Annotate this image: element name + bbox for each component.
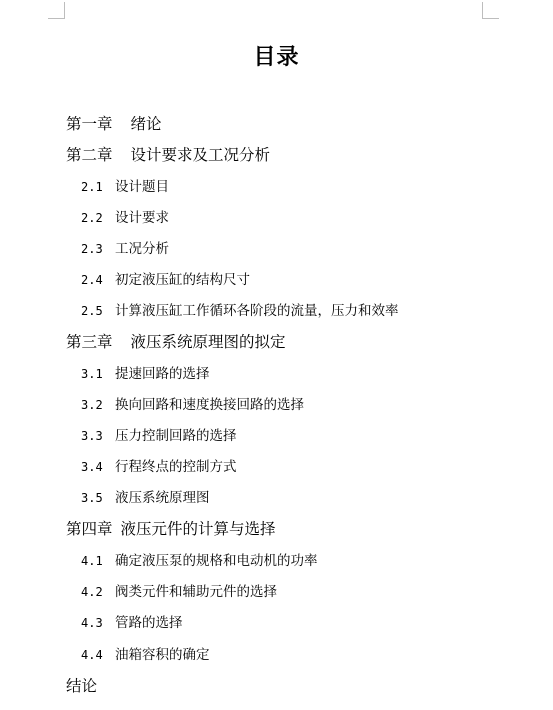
margin-corner-top-right [482, 2, 499, 19]
section-number: 2.2 [81, 211, 115, 225]
section-number: 3.2 [81, 398, 115, 412]
entry-title: 结论 [66, 677, 97, 695]
section-number: 4.2 [81, 585, 115, 599]
toc-section-entry[interactable]: 4.2阀类元件和辅助元件的选择 [81, 580, 277, 600]
entry-title: 绪论 [131, 115, 162, 133]
section-number: 3.5 [81, 491, 115, 505]
margin-corner-top-left [48, 2, 65, 19]
section-number: 3.4 [81, 460, 115, 474]
toc-section-entry[interactable]: 2.2设计要求 [81, 206, 169, 226]
toc-chapter-entry[interactable]: 结论 [66, 674, 97, 696]
toc-chapter-entry[interactable]: 第三章液压系统原理图的拟定 [66, 330, 286, 352]
entry-title: 初定液压缸的结构尺寸 [115, 272, 250, 288]
section-number: 3.1 [81, 367, 115, 381]
entry-title: 设计题目 [115, 179, 169, 195]
section-number: 4.1 [81, 554, 115, 568]
entry-title: 确定液压泵的规格和电动机的功率 [115, 553, 318, 569]
toc-section-entry[interactable]: 4.4油箱容积的确定 [81, 643, 210, 663]
entry-title: 液压元件的计算与选择 [121, 520, 276, 538]
entry-title: 换向回路和速度换接回路的选择 [115, 397, 304, 413]
entry-title: 设计要求 [115, 210, 169, 226]
toc-section-entry[interactable]: 2.1设计题目 [81, 175, 169, 195]
toc-section-entry[interactable]: 2.3工况分析 [81, 237, 169, 257]
toc-section-entry[interactable]: 3.4行程终点的控制方式 [81, 455, 237, 475]
toc-section-entry[interactable]: 3.3压力控制回路的选择 [81, 424, 237, 444]
section-number: 4.3 [81, 616, 115, 630]
section-number: 2.3 [81, 242, 115, 256]
entry-title: 管路的选择 [115, 615, 183, 631]
toc-section-entry[interactable]: 3.2换向回路和速度换接回路的选择 [81, 393, 304, 413]
section-number: 3.3 [81, 429, 115, 443]
toc-section-entry[interactable]: 2.4初定液压缸的结构尺寸 [81, 268, 250, 288]
entry-title: 油箱容积的确定 [115, 647, 210, 663]
entry-title: 设计要求及工况分析 [131, 146, 271, 164]
toc-section-entry[interactable]: 3.5液压系统原理图 [81, 486, 210, 506]
toc-section-entry[interactable]: 4.3管路的选择 [81, 611, 183, 631]
entry-title: 提速回路的选择 [115, 366, 210, 382]
toc-chapter-entry[interactable]: 第一章绪论 [66, 112, 162, 134]
chapter-number: 第四章 [66, 520, 113, 538]
entry-title: 计算液压缸工作循环各阶段的流量，压力和效率 [115, 303, 399, 319]
section-number: 2.1 [81, 180, 115, 194]
chapter-number: 第二章 [66, 146, 113, 164]
entry-title: 液压系统原理图的拟定 [131, 333, 286, 351]
entry-title: 阀类元件和辅助元件的选择 [115, 584, 277, 600]
toc-title: 目录 [0, 40, 553, 71]
entry-title: 液压系统原理图 [115, 490, 210, 506]
entry-title: 工况分析 [115, 241, 169, 257]
section-number: 2.5 [81, 304, 115, 318]
toc-section-entry[interactable]: 3.1提速回路的选择 [81, 362, 210, 382]
entry-title: 行程终点的控制方式 [115, 459, 237, 475]
toc-chapter-entry[interactable]: 第四章液压元件的计算与选择 [66, 517, 276, 539]
chapter-number: 第三章 [66, 333, 113, 351]
entry-title: 压力控制回路的选择 [115, 428, 237, 444]
chapter-number: 第一章 [66, 115, 113, 133]
section-number: 2.4 [81, 273, 115, 287]
section-number: 4.4 [81, 648, 115, 662]
toc-section-entry[interactable]: 4.1确定液压泵的规格和电动机的功率 [81, 549, 318, 569]
toc-section-entry[interactable]: 2.5计算液压缸工作循环各阶段的流量，压力和效率 [81, 299, 399, 319]
toc-chapter-entry[interactable]: 第二章设计要求及工况分析 [66, 143, 270, 165]
